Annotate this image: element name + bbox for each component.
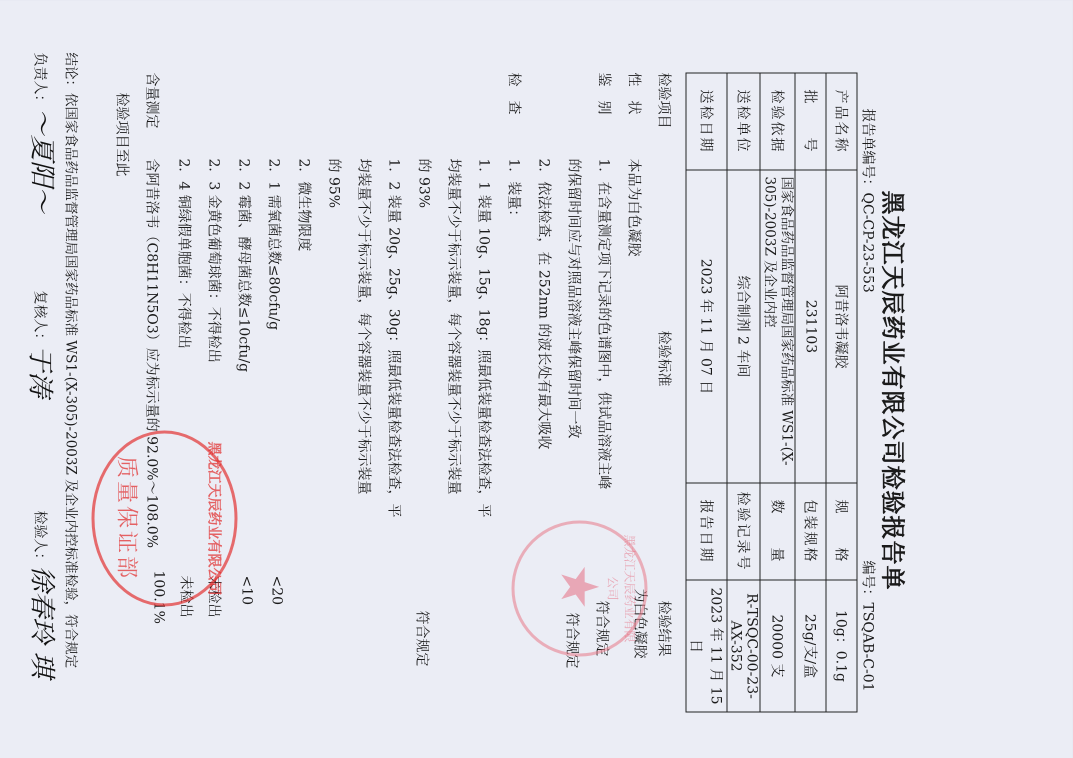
header-item: 检验项目: [655, 73, 675, 129]
product-info-table: 产品名称 阿昔洛韦凝胶 规 格 10g：0.1g 批 号 231103 包装规格…: [686, 73, 858, 713]
report-page: 黑龙江天辰药业有限公司检验报告单 报告单编号：QC-CP-23-553 编号：T…: [0, 1, 1073, 758]
inspection-line: 1．1 装量 10g、15g、18g：照最低装量检查法检查，平: [475, 159, 495, 518]
report-number-label: 报告单编号：: [860, 109, 876, 193]
value-dept: 综合制剂 2 车间: [727, 170, 760, 483]
value-product-name: 阿昔洛韦凝胶: [826, 170, 857, 483]
inspection-line: 2．1 需氧菌总数≤80cfu/g: [265, 159, 285, 331]
value-package: 25g/支/盒: [795, 580, 826, 712]
table-row: 送检单位 综合制剂 2 车间 检验记录号 R-TSQC-00-23-AX-352: [727, 73, 760, 712]
inspection-line: 2．3 金黄色葡萄球菌：不得检出: [205, 159, 225, 363]
aerobic-result: <20: [269, 576, 285, 606]
table-row: 检验依据 国家食品药品监督管理局国家药品标准 WS1-(X-305)-2003Z…: [760, 73, 795, 712]
company-seal: 黑龙江天辰药业有限公司 ★: [512, 521, 648, 657]
qa-seal-text: 黑龙江天辰药业有限公司: [205, 442, 225, 596]
conclusion-text: 依国家食品药品监督管理局国家药品标准 WS1-(X-305)-2003Z 及企业…: [63, 93, 79, 668]
end-note: 检验项目至此: [113, 93, 133, 177]
inspection-line: 1．装量：: [505, 159, 525, 224]
label-dept: 送检单位: [727, 73, 760, 170]
conclusion-label: 结论：: [63, 53, 79, 94]
item-inspection-name: 检 查: [505, 73, 525, 115]
table-row: 送检日期 2023 年 11 月 07 日 报告日期 2023 年 11 月 1…: [686, 73, 727, 712]
table-row: 批 号 231103 包装规格 25g/支/盒: [795, 73, 826, 712]
responsible-signature: ～夏阳～: [26, 109, 63, 213]
inspection-line: 1．2 装量 20g、25g、30g：照最低装量检查法检查，平: [385, 159, 405, 518]
table-row: 产品名称 阿昔洛韦凝胶 规 格 10g：0.1g: [826, 73, 857, 712]
star-icon: ★: [549, 564, 609, 611]
qa-department-seal: 黑龙江天辰药业有限公司 质量保证部: [92, 431, 238, 607]
header-result: 检验结果: [655, 601, 675, 657]
value-quantity: 20000 支: [760, 580, 795, 712]
label-record-no: 检验记录号: [727, 483, 760, 580]
inspection-line: 均装量不少于标示装量，每个容器装量不少于标示装量: [445, 159, 465, 495]
conclusion: 结论：依国家食品药品监督管理局国家药品标准 WS1-(X-305)-2003Z …: [63, 53, 83, 669]
inspection-line: 的 93%: [415, 159, 435, 209]
value-submit-date: 2023 年 11 月 07 日: [686, 170, 727, 483]
responsible-label: 负责人：: [31, 53, 51, 109]
form-code-value: TSQAB-C-01: [860, 603, 876, 692]
inspector-signature: 徐春玲 琪: [26, 566, 63, 678]
value-report-date: 2023 年 11 月 15 日: [686, 580, 727, 712]
inspection-line: 2．微生物限度: [295, 159, 315, 252]
label-batch: 批 号: [795, 73, 826, 170]
reviewer-label: 复核人：: [31, 291, 51, 347]
header-standard: 检验标准: [655, 331, 675, 387]
label-submit-date: 送检日期: [686, 73, 727, 170]
label-product-name: 产品名称: [826, 73, 857, 170]
report-number: 报告单编号：QC-CP-23-553: [859, 109, 879, 293]
item-identification-name: 鉴 别: [595, 73, 615, 115]
company-seal-text: 黑龙江天辰药业有限公司: [605, 534, 639, 644]
report-title: 黑龙江天辰药业有限公司检验报告单: [878, 41, 913, 741]
item-appearance-name: 性 状: [625, 73, 645, 115]
item-assay-name: 含量测定: [143, 73, 163, 129]
inspector-label: 检验人：: [31, 511, 51, 567]
item-appearance-standard: 本品为白色凝胶: [625, 159, 645, 257]
mold-result: <10: [239, 576, 255, 606]
value-spec: 10g：0.1g: [826, 580, 857, 712]
identification-line: 的保留时间应与对照品溶液主峰保留时间一致: [565, 159, 585, 439]
value-record-no: R-TSQC-00-23-AX-352: [727, 580, 760, 712]
inspection-line: 均装量不少于标示装量，每个容器装量不少于标示装量: [355, 159, 375, 495]
value-batch: 231103: [795, 170, 826, 483]
form-code: 编号：TSQAB-C-01: [859, 561, 879, 692]
qa-seal-dept: 质量保证部: [113, 434, 144, 604]
reviewer-signature: 于涛: [24, 346, 61, 398]
label-package: 包装规格: [795, 483, 826, 580]
label-quantity: 数 量: [760, 483, 795, 580]
fill-result: 符合规定: [413, 611, 433, 667]
value-basis: 国家食品药品监督管理局国家药品标准 WS1-(X-305)-2003Z 及企业内…: [760, 170, 795, 483]
inspection-line: 2．2 霉菌、酵母菌总数≤10cfu/g: [235, 159, 255, 373]
identification-line: 2．依法检查，在 252nm 的波长处有最大吸收: [535, 159, 555, 450]
label-spec: 规 格: [826, 483, 857, 580]
form-code-label: 编号：: [860, 561, 876, 603]
label-report-date: 报告日期: [686, 483, 727, 580]
report-number-value: QC-CP-23-553: [860, 193, 876, 293]
identification-line: 1．在含量测定项下记录的色谱图中，供试品溶液主峰: [595, 159, 615, 490]
label-basis: 检验依据: [760, 73, 795, 170]
inspection-line: 的 95%: [325, 159, 345, 209]
inspection-line: 2．4 铜绿假单胞菌：不得检出: [175, 159, 195, 349]
